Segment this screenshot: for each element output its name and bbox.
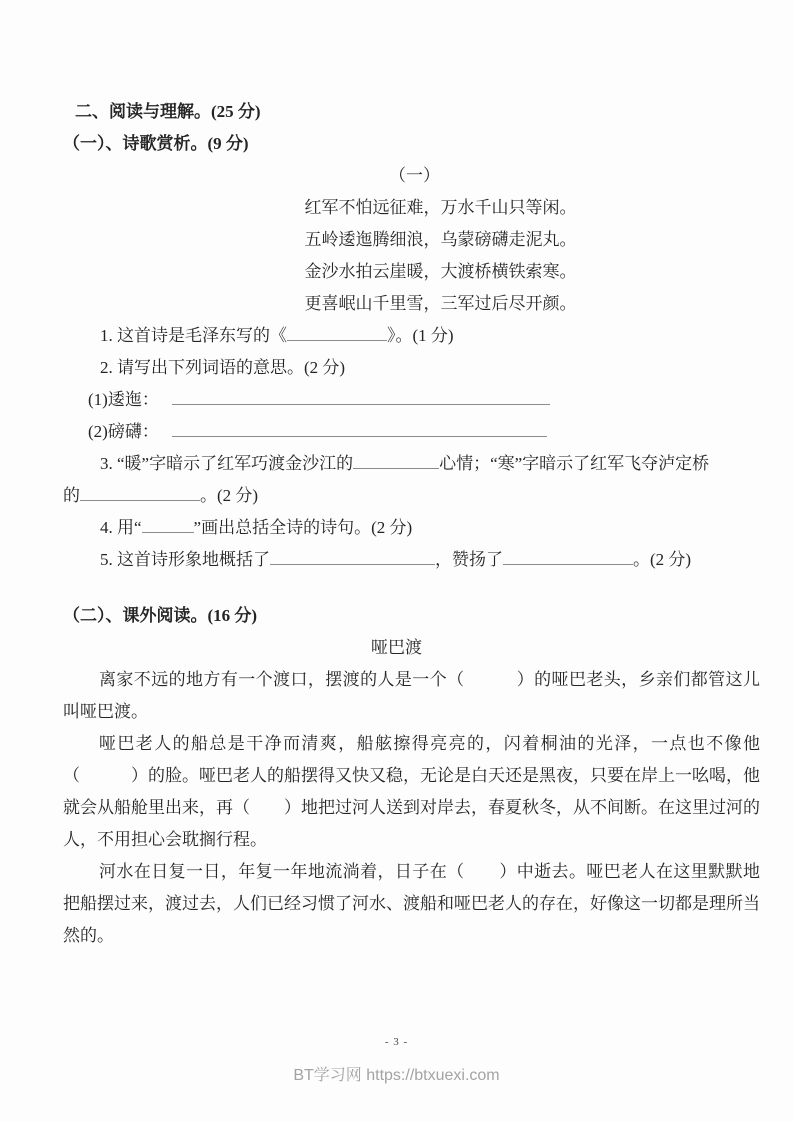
answer-blank <box>287 321 387 341</box>
section-heading: 二、阅读与理解。(25 分) <box>63 96 760 128</box>
question-4-suffix: ”画出总括全诗的诗句。(2 分) <box>194 518 413 537</box>
question-2-item-2: (2)磅礴： <box>63 416 760 448</box>
question-3-line-1: 3. “暖”字暗示了红军巧渡金沙江的心情；“寒”字暗示了红军飞夺泸定桥 <box>63 448 760 480</box>
poem-number-label: （一） <box>63 160 760 192</box>
answer-blank <box>353 449 439 469</box>
question-1-text: 1. 这首诗是毛泽东写的《 <box>100 326 287 345</box>
question-3-text: 3. “暖”字暗示了红军巧渡金沙江的 <box>100 454 353 473</box>
question-4: 4. 用“”画出总括全诗的诗句。(2 分) <box>63 512 760 544</box>
answer-blank <box>80 481 200 501</box>
passage-paragraph: 河水在日复一日，年复一年地流淌着，日子在（ ）中逝去。哑巴老人在这里默默地把船摆… <box>63 856 760 952</box>
question-5-suffix: 。(2 分) <box>633 550 691 569</box>
word-label-weiyi: (1)逶迤： <box>88 390 159 409</box>
question-3-score: 。(2 分) <box>200 486 258 505</box>
passage-paragraph: 离家不远的地方有一个渡口，摆渡的人是一个（ ）的哑巴老头，乡亲们都管这儿叫哑巴渡… <box>63 664 760 728</box>
question-1-suffix: 》。(1 分) <box>387 326 454 345</box>
poem-block: 红军不怕远征难，万水千山只等闲。 五岭逶迤腾细浪，乌蒙磅礴走泥丸。 金沙水拍云崖… <box>63 192 760 320</box>
section-gap <box>63 576 760 600</box>
part2-heading: （二）、课外阅读。(16 分) <box>63 600 760 632</box>
question-3-text-tail: 的 <box>63 486 80 505</box>
question-1: 1. 这首诗是毛泽东写的《》。(1 分) <box>63 320 760 352</box>
question-3-text-cont: 心情；“寒”字暗示了红军飞夺泸定桥 <box>439 454 709 473</box>
answer-blank <box>503 545 633 565</box>
question-4-text: 4. 用“ <box>100 518 142 537</box>
poem-line: 金沙水拍云崖暖，大渡桥横铁索寒。 <box>121 256 760 288</box>
poem-line: 五岭逶迤腾细浪，乌蒙磅礴走泥丸。 <box>121 224 760 256</box>
passage-title: 哑巴渡 <box>63 632 730 664</box>
answer-blank <box>142 513 194 533</box>
passage-paragraph: 哑巴老人的船总是干净而清爽，船舷擦得亮亮的，闪着桐油的光泽，一点也不像他（ ）的… <box>63 728 760 856</box>
page-content: 二、阅读与理解。(25 分) （一）、诗歌赏析。(9 分) （一） 红军不怕远征… <box>63 96 760 952</box>
part1-heading: （一）、诗歌赏析。(9 分) <box>63 128 760 160</box>
question-2-item-1: (1)逶迤： <box>63 384 760 416</box>
question-2: 2. 请写出下列词语的意思。(2 分) <box>63 352 760 384</box>
poem-line: 红军不怕远征难，万水千山只等闲。 <box>121 192 760 224</box>
word-label-pangbo: (2)磅礴： <box>88 422 159 441</box>
poem-line: 更喜岷山千里雪，三军过后尽开颜。 <box>121 288 760 320</box>
answer-blank <box>172 417 547 437</box>
footer-site-link[interactable]: BT学习网 https://btxuexi.com <box>0 1062 793 1085</box>
exam-page: 二、阅读与理解。(25 分) （一）、诗歌赏析。(9 分) （一） 红军不怕远征… <box>0 0 793 1122</box>
question-5-text: 5. 这首诗形象地概括了 <box>100 550 270 569</box>
question-5: 5. 这首诗形象地概括了，赞扬了。(2 分) <box>63 544 760 576</box>
answer-blank <box>270 545 435 565</box>
page-number: - 3 - <box>0 1036 793 1048</box>
question-3-line-2: 的。(2 分) <box>63 480 760 512</box>
question-5-mid: ，赞扬了 <box>435 550 503 569</box>
answer-blank <box>172 385 550 405</box>
